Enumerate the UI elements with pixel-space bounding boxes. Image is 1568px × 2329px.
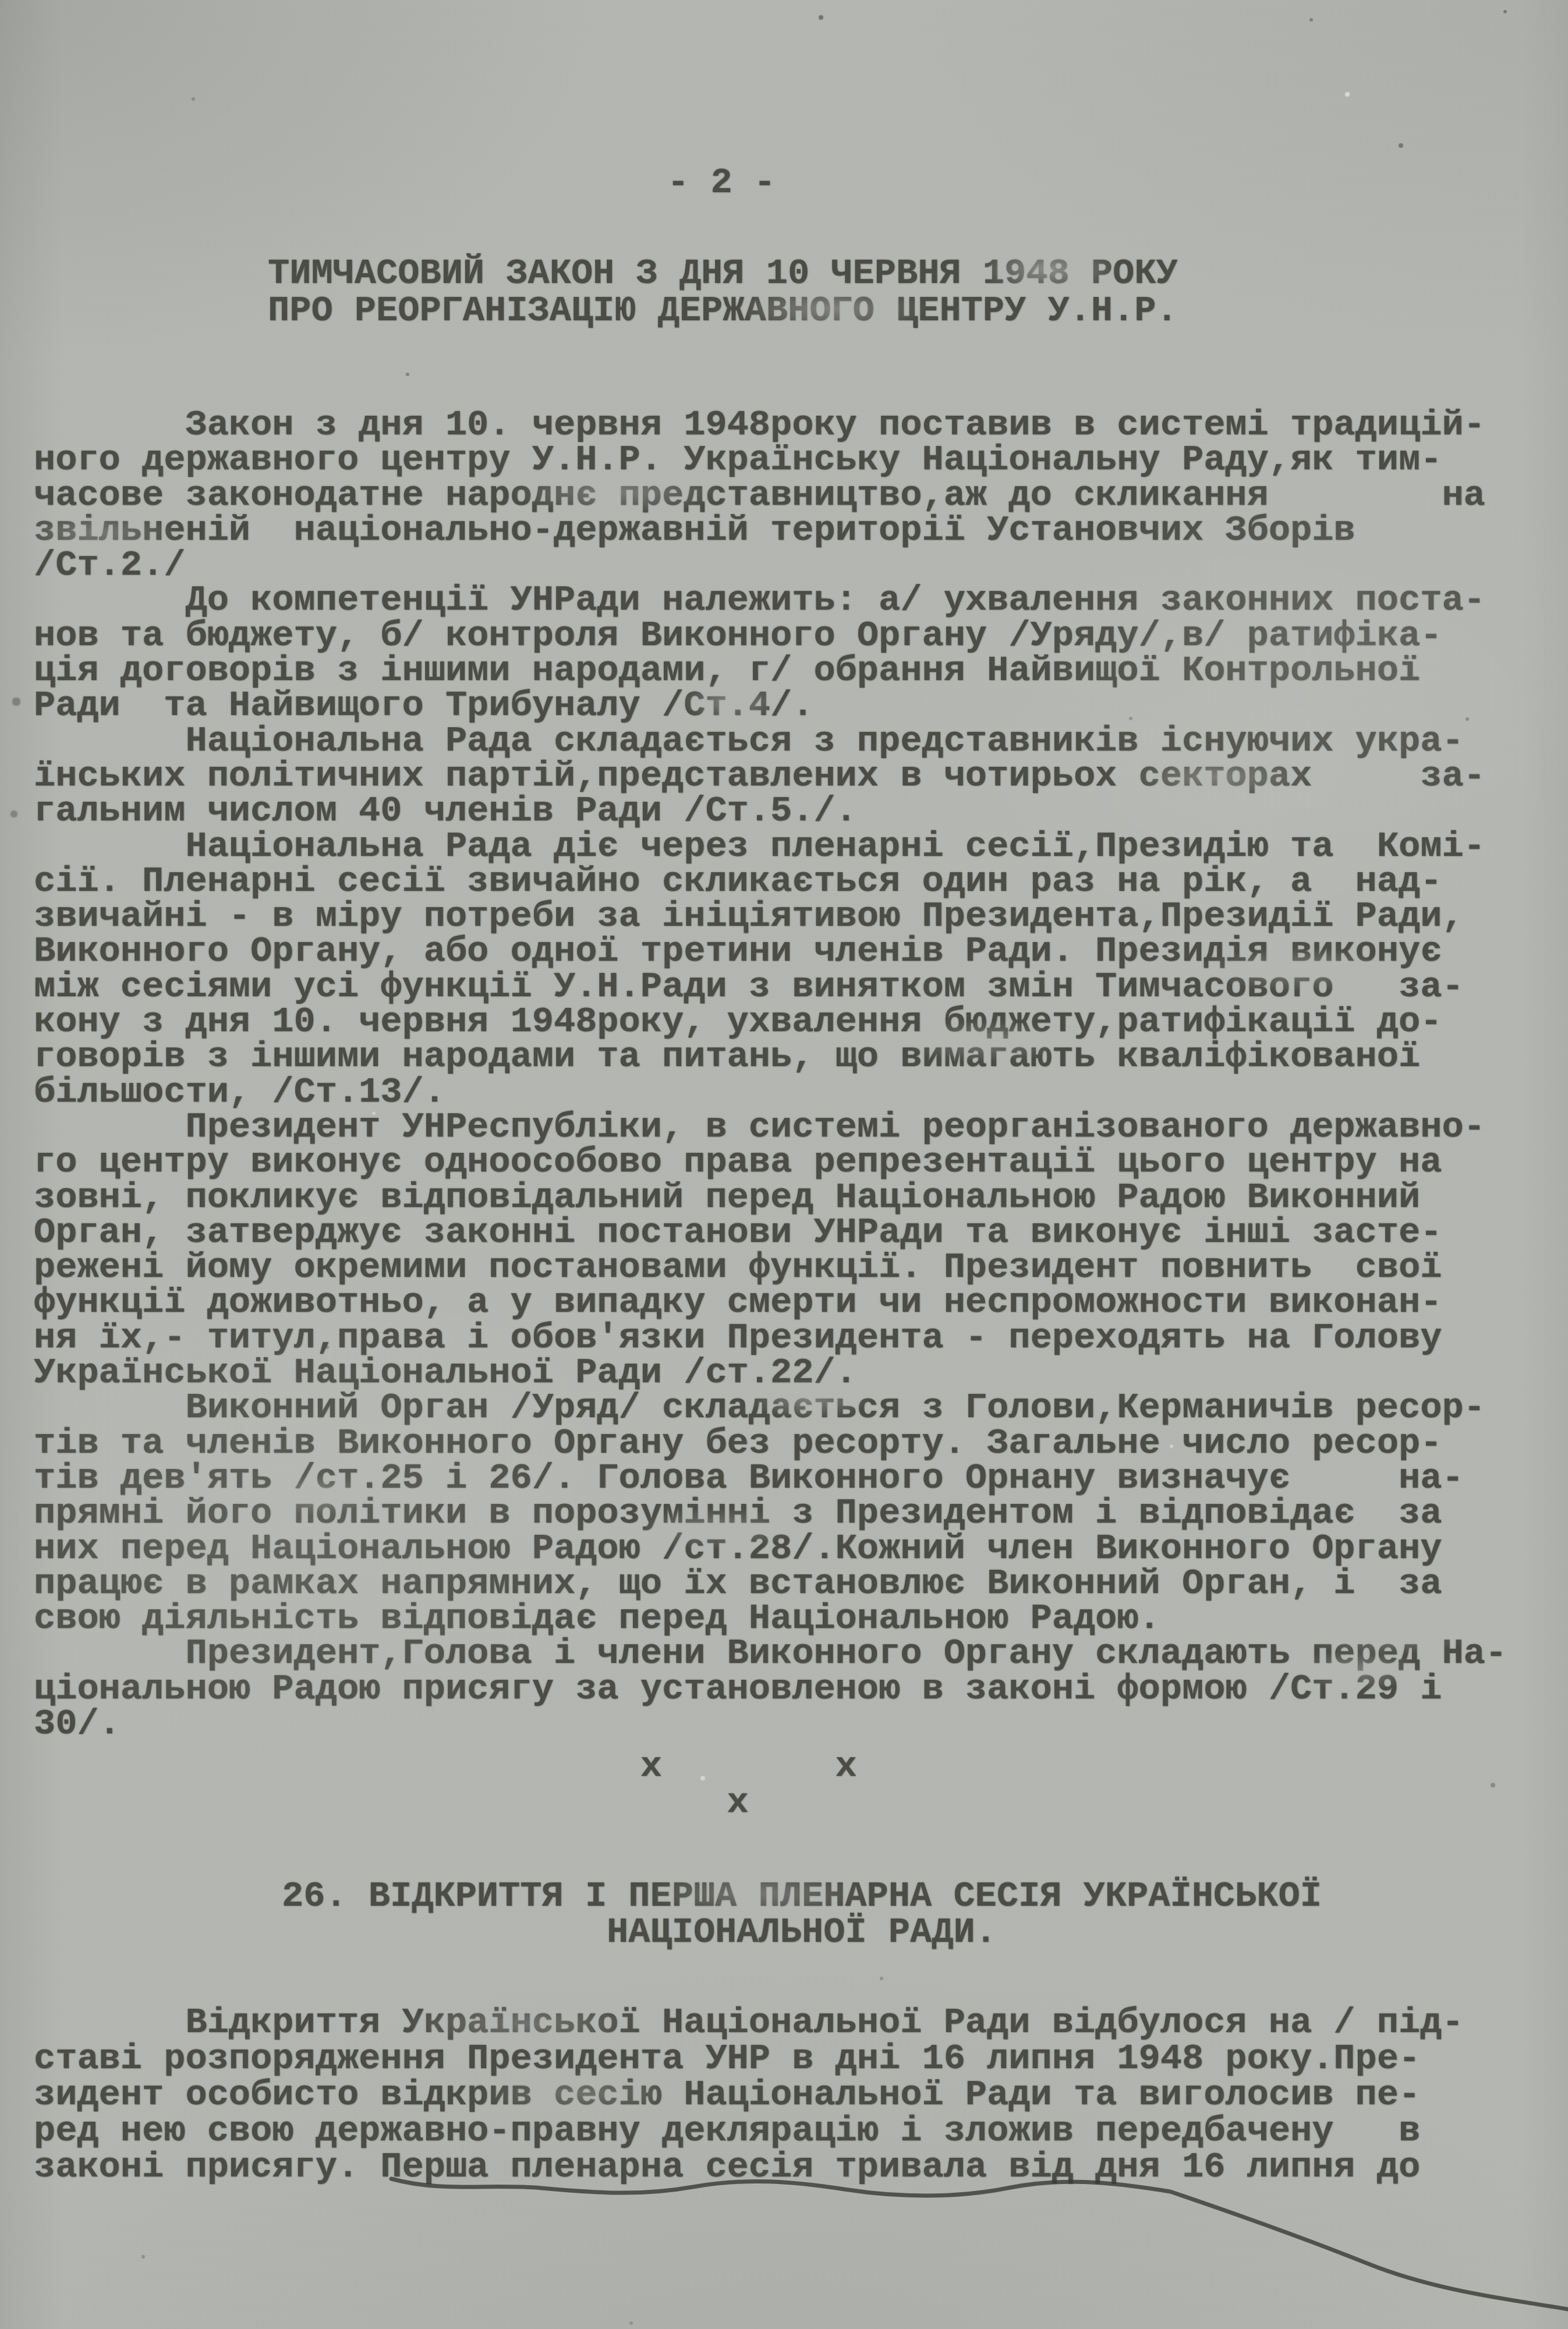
white-dust (0, 0, 2, 2)
ink-specks (0, 0, 2, 2)
section-heading: 26. ВІДКРИТТЯ І ПЕРША ПЛЕНАРНА СЕСІЯ УКР… (282, 1878, 1322, 1951)
x-separator: x x x (34, 1748, 857, 1821)
session-paragraph: Відкриття Української Національної Ради … (34, 2005, 1464, 2185)
document-title: ТИМЧАСОВИЙ ЗАКОН З ДНЯ 10 ЧЕРВНЯ 1948 РО… (268, 255, 1178, 330)
page-number: - 2 - (667, 165, 776, 201)
scanned-page: - 2 - ТИМЧАСОВИЙ ЗАКОН З ДНЯ 10 ЧЕРВНЯ 1… (0, 0, 1568, 2329)
law-body-text: Закон з дня 10. червня 1948року поставив… (34, 408, 1507, 1742)
